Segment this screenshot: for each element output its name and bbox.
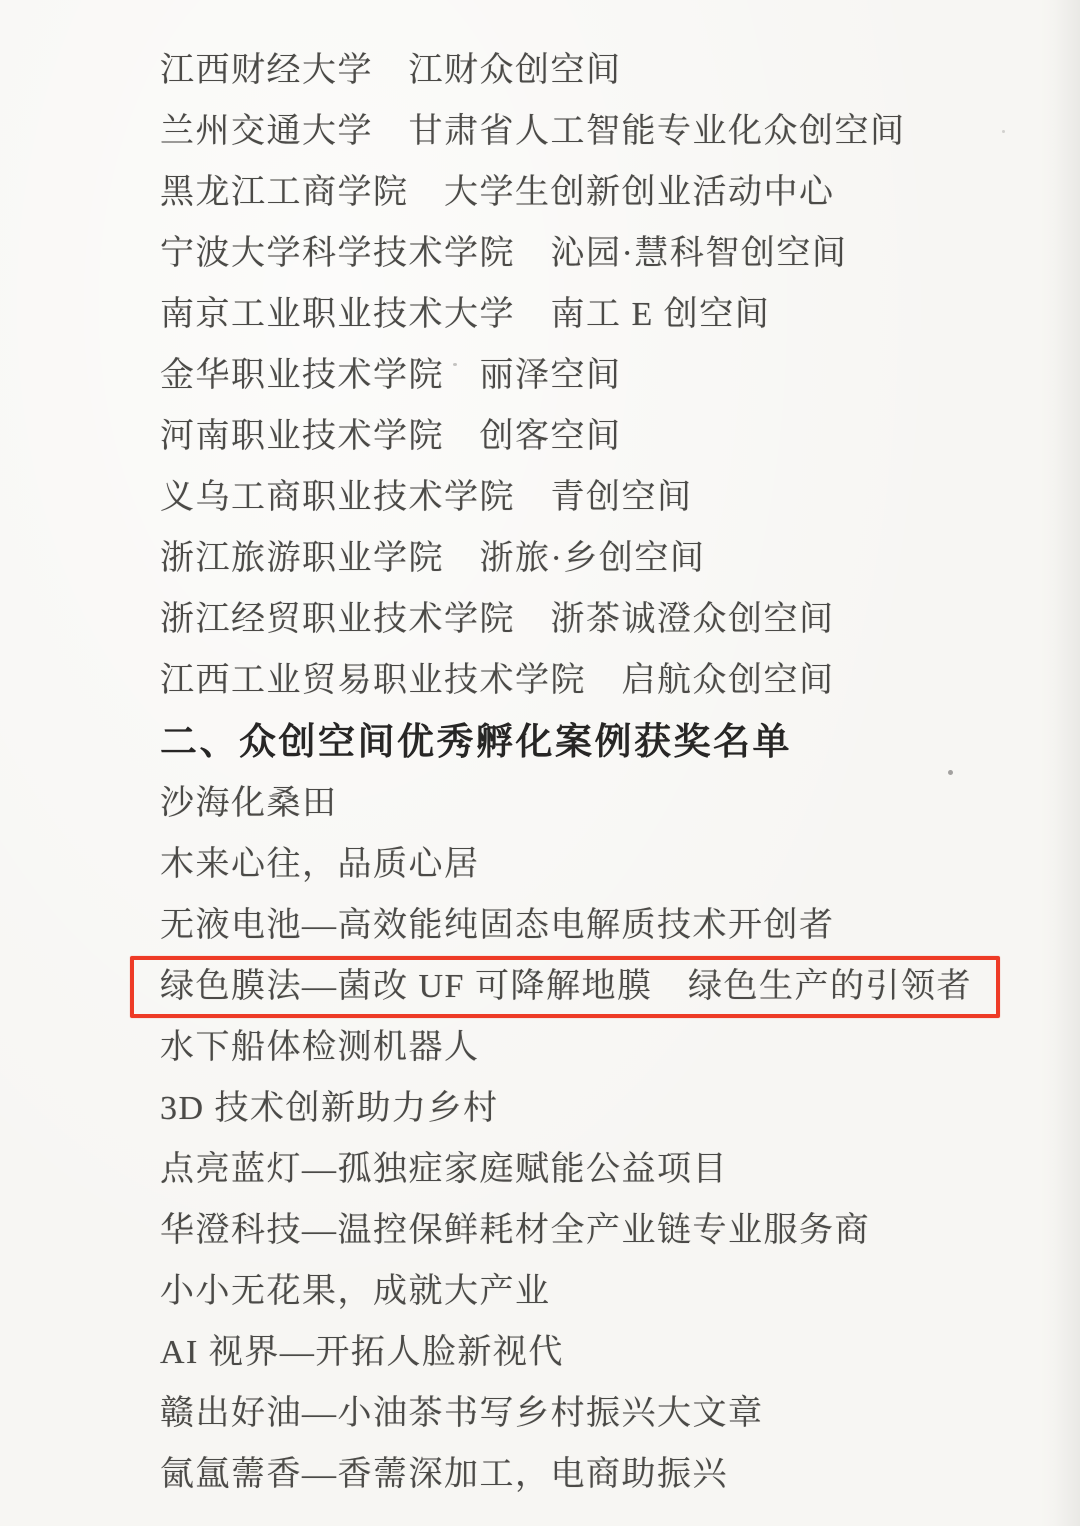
list-item-case: 3D 技术创新助力乡村	[160, 1078, 1020, 1139]
list-item-case: 绿色膜法—菌改 UF 可降解地膜 绿色生产的引领者	[160, 956, 1020, 1017]
list-item-space: 南京工业职业技术大学 南工 E 创空间	[160, 284, 1020, 345]
list-item-space: 浙江经贸职业技术学院 浙茶诚澄众创空间	[160, 589, 1020, 650]
list-item-space: 浙江旅游职业学院 浙旅·乡创空间	[160, 528, 1020, 589]
list-item-space: 江西工业贸易职业技术学院 启航众创空间	[160, 650, 1020, 711]
section-heading: 二、众创空间优秀孵化案例获奖名单	[160, 711, 1020, 773]
list-item-space: 义乌工商职业技术学院 青创空间	[160, 467, 1020, 528]
list-item-space: 河南职业技术学院 创客空间	[160, 406, 1020, 467]
list-item-case: 华澄科技—温控保鲜耗材全产业链专业服务商	[160, 1200, 1020, 1261]
list-item-case: 氤氲薷香—香薷深加工，电商助振兴	[160, 1444, 1020, 1505]
scan-speckle	[453, 363, 457, 366]
scan-speckle	[1002, 130, 1005, 133]
list-item-space: 宁波大学科学技术学院 沁园·慧科智创空间	[160, 223, 1020, 284]
list-item-case: 无液电池—高效能纯固态电解质技术开创者	[160, 895, 1020, 956]
list-item-case: 木来心往，品质心居	[160, 834, 1020, 895]
highlighted-case-box: 绿色膜法—菌改 UF 可降解地膜 绿色生产的引领者	[130, 956, 1000, 1018]
list-item-case: AI 视界—开拓人脸新视代	[160, 1322, 1020, 1383]
list-item-case: 点亮蓝灯—孤独症家庭赋能公益项目	[160, 1139, 1020, 1200]
list-item-case: 水下船体检测机器人	[160, 1017, 1020, 1078]
list-item-space: 兰州交通大学 甘肃省人工智能专业化众创空间	[160, 101, 1020, 162]
list-item-space: 黑龙江工商学院 大学生创新创业活动中心	[160, 162, 1020, 223]
list-item-case: 赣出好油—小油茶书写乡村振兴大文章	[160, 1383, 1020, 1444]
list-item-case: 沙海化桑田	[160, 773, 1020, 834]
list-item-space: 金华职业技术学院 丽泽空间	[160, 345, 1020, 406]
list-item-case: 小小无花果，成就大产业	[160, 1261, 1020, 1322]
incubation-case-list: 沙海化桑田木来心往，品质心居无液电池—高效能纯固态电解质技术开创者绿色膜法—菌改…	[160, 773, 1020, 1505]
scan-speckle	[948, 770, 953, 775]
list-item-space: 江西财经大学 江财众创空间	[160, 40, 1020, 101]
document-page: 江西财经大学 江财众创空间兰州交通大学 甘肃省人工智能专业化众创空间黑龙江工商学…	[0, 0, 1080, 1526]
maker-space-list: 江西财经大学 江财众创空间兰州交通大学 甘肃省人工智能专业化众创空间黑龙江工商学…	[160, 40, 1020, 711]
